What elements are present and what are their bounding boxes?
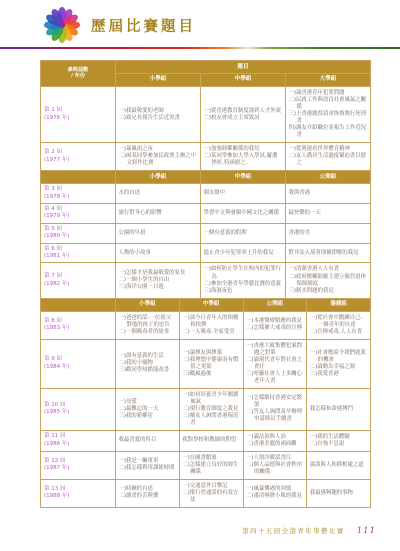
- corner-header: 參與屆數/ 年份: [41, 61, 116, 87]
- topic-item: 公園的早晨: [119, 230, 198, 237]
- edition-cell: 第 13 屆(1988 年): [41, 479, 116, 507]
- table-row: 第 6 屆(1981 年)人物的小故事遏止青少年犯罪率上升的我見對非法入境者即捕…: [41, 243, 371, 263]
- edition-year: (1982 年): [44, 281, 112, 288]
- corner-spacer: [41, 171, 116, 184]
- topic-item: 一)交通意外目擊記: [182, 483, 240, 490]
- topic-item: 四)謝友介紹職位並報告工作近況書: [289, 125, 368, 139]
- topics-header: 題目: [116, 61, 371, 74]
- topic-cell: 一)從奧運看世界體育精神二)友人僑居生活過度緊迫書以慰之: [286, 143, 371, 171]
- table-section-1: 參與屆數/ 年份題目小學組中學組大學組第 1 屆(1976 年)一)我最敬愛的老…: [40, 60, 371, 171]
- edition-year: (1988 年): [44, 493, 112, 500]
- topic-cell: 一)暴風雨之夜二)函某同學參加民政署主辦之中文寫作比賽: [116, 143, 201, 171]
- topic-item: 二)一人吸毒,全家受害: [182, 329, 240, 336]
- topic-item: 我最喜愛的科目: [119, 437, 177, 444]
- topics-table: 參與屆數/ 年份題目小學組中學組大學組第 1 屆(1976 年)一)我最敬愛的老…: [40, 60, 370, 508]
- topic-cell: 學習中文與發揚中國文化之關係: [201, 203, 286, 223]
- topic-item: 香港的美: [289, 230, 368, 237]
- topic-cell: 我怎樣和命運搏鬥: [307, 388, 371, 430]
- topic-item: 一)從社會中鍛鍊自己-一個青年的自述: [310, 315, 368, 329]
- topic-cell: 最快樂的一天: [286, 203, 371, 223]
- document-page: 歷屆比賽題目 參與屆數/ 年份題目小學組中學組大學組第 1 屆(1976 年)一…: [0, 0, 400, 551]
- topic-item: 三)上香港總督請求恢復執行死刑書: [289, 111, 368, 125]
- topic-item: 二)怎樣建立良好的師生關係: [182, 462, 240, 476]
- topic-item: 三)我愛香港: [310, 371, 368, 378]
- table-row: 第 5 屆(1980 年)公園的早晨一個有意義的假期香港的美: [41, 223, 371, 243]
- edition-cell: 第 4 屆(1979 年): [41, 203, 116, 223]
- edition-cell: 第 12 屆(1987 年): [41, 451, 116, 479]
- topic-item: 一)香港大廈集體犯案問題之對策: [246, 343, 304, 357]
- edition-cell: 第 2 屆(1977 年): [41, 143, 116, 171]
- table-row: 第 12 屆(1987 年)一)我是一輛電車二)我怎樣利用課餘時間一)在圖書館裏…: [41, 451, 371, 479]
- topic-cell: 一)談今日青年人的困擾和抉擇二)一人吸毒,全家受害: [179, 311, 243, 339]
- topic-item: 一)清潔香港人人有責: [289, 266, 368, 273]
- group-header: 小學組: [116, 171, 201, 184]
- page-header: 歷屆比賽題目: [42, 5, 196, 45]
- topic-item: 一)如何培養青少年閱讀風氣: [182, 392, 240, 406]
- topic-item: 二)一個小學生的自由: [119, 277, 198, 284]
- table-row: 第 11 屆(1986 年)我最喜愛的科目我對學校和教師的期望一)論法治與人治二…: [41, 430, 371, 451]
- edition-number: 第 2 屆: [44, 149, 112, 156]
- topic-item: 一)母愛: [119, 399, 177, 406]
- topic-item: 三)海濱夜色: [204, 288, 283, 295]
- topic-cell: 制水聲中: [201, 184, 286, 204]
- topic-cell: 一)如何培養青少年閱讀風氣二)現行教育制度之我見三)覆友人詢問香港現況書: [179, 388, 243, 430]
- topic-cell: 一個有意義的假期: [201, 223, 286, 243]
- topic-item: 二)我怎樣利用課餘時間: [119, 465, 177, 472]
- topic-cell: 一)社會應給予我們就業的機會二)論勤為幸福之源三)我愛香港: [307, 339, 371, 388]
- table-row: 第 10 屆(1985 年)一)母愛二)最難忘的一天三)我的新鄰居一)如何培養青…: [41, 388, 371, 430]
- topic-item: 三)覆友人詢問香港現況書: [182, 413, 240, 427]
- topic-item: 二)論勤為幸福之源: [310, 364, 368, 371]
- edition-number: 第 1 屆: [44, 107, 112, 114]
- edition-year: (1981 年): [44, 253, 112, 260]
- topic-item: 人物的小故事: [119, 250, 198, 257]
- topic-item: 二)某同學參加大學入學試,屢遭挫折,特函慰之。: [204, 153, 283, 167]
- topic-item: 一)社會應給予我們就業的機會: [310, 350, 368, 364]
- topic-item: 三)勸同學知錯能改書: [119, 367, 177, 374]
- group-header: 中學組: [201, 171, 286, 184]
- edition-year: (1987 年): [44, 465, 112, 472]
- topic-item: 一)爸爸的話-一位慈父對他的孩子的忠告: [119, 315, 177, 329]
- topic-item: 二)怎樣擴大戒毒的宣傳: [246, 325, 304, 332]
- group-header: 大學組: [286, 73, 371, 86]
- topic-item: 二)推行普通話的有效方法: [182, 490, 240, 504]
- edition-cell: 第 10 屆(1985 年): [41, 388, 116, 430]
- topic-cell: 對非法入境者即捕即解的我見: [286, 243, 371, 263]
- edition-year: (1984 年): [44, 364, 112, 371]
- topic-cell: 一)論法治與人治二)香港美麗的兩面觀: [243, 430, 307, 451]
- table-row: 第 7 屆(1982 年)一)怎樣才是我最敬愛的家長二)一個小學生的自由三)海洋…: [41, 263, 371, 298]
- topic-item: 二)一個吸毒者的故事: [119, 329, 177, 336]
- flower-logo-icon: [42, 5, 82, 45]
- topic-item: 二)民政工作與改良社會風氣之關係: [289, 97, 368, 111]
- edition-year: (1983 年): [44, 325, 112, 332]
- topic-item: 一)人情冷暖話香江: [246, 455, 304, 462]
- topic-item: 水的自述: [119, 190, 198, 197]
- topic-cell: 一)我的生活體驗二)自強不息說: [307, 430, 371, 451]
- topic-item: 二)肅清無牌小販的我見: [246, 493, 304, 500]
- edition-cell: 第 9 屆(1984 年): [41, 339, 116, 388]
- topic-cell: 我最感興趣的事物: [307, 479, 371, 507]
- topic-cell: 一)爸爸的話-一位慈父對他的孩子的忠告二)一個吸毒者的故事: [116, 311, 180, 339]
- topic-cell: 我與香港: [286, 184, 371, 204]
- topic-item: 二)政府應輔助僱主建立僱員退休保障制度: [289, 274, 368, 288]
- topic-item: 二)香港美麗的兩面觀: [246, 441, 304, 448]
- topic-item: 制水聲中: [204, 190, 283, 197]
- edition-cell: 第 3 屆(1978 年): [41, 184, 116, 204]
- topic-item: 二)校友會成立主席致詞: [204, 115, 283, 122]
- edition-year: (1977 年): [44, 157, 112, 164]
- edition-cell: 第 5 屆(1980 年): [41, 223, 116, 243]
- edition-number: 第 6 屆: [44, 246, 112, 253]
- group-header: 公開組: [243, 298, 307, 311]
- topic-item: 二)參加全港青年學藝比賽的意義: [204, 281, 283, 288]
- topic-cell: 一)風暴襲港的回憶二)肅清無牌小販的我見: [243, 479, 307, 507]
- topic-cell: 遏止青少年犯罪率上升的我見: [201, 243, 286, 263]
- topic-item: 一)怎樣維持香港安定繁榮: [246, 395, 304, 409]
- group-header: 公開組: [286, 171, 371, 184]
- topic-cell: 我最喜愛的科目: [116, 430, 180, 451]
- topic-item: 一)從香港教育制度談到人才外流: [204, 108, 283, 115]
- topic-cell: 一)清潔香港人人有責二)政府應輔助僱主建立僱員退休保障制度三)制水問題的我見: [286, 263, 371, 298]
- edition-year: (1980 年): [44, 233, 112, 240]
- topic-item: 一)我最敬愛的老師: [119, 108, 198, 115]
- topic-item: 二)我理想中健康而有價值之電影: [182, 357, 240, 371]
- topic-cell: 一)時鐘的自述二)讀書的苦與樂: [116, 479, 180, 507]
- topic-item: 三)呼籲社會人士多關心老年人書: [246, 371, 304, 385]
- edition-cell: 第 11 屆(1986 年): [41, 430, 116, 451]
- topic-item: 一)本港醫療服務的我見: [246, 318, 304, 325]
- edition-number: 第 9 屆: [44, 356, 112, 363]
- edition-cell: 第 1 屆(1976 年): [41, 86, 116, 142]
- rainbow-divider: [0, 47, 400, 49]
- edition-number: 第 7 屆: [44, 273, 112, 280]
- topic-item: 一)如何防止學生在校內的犯罪行為: [204, 266, 283, 280]
- topic-item: 一)論法治與人治: [246, 434, 304, 441]
- topic-cell: 一)交通意外目擊記二)推行普通話的有效方法: [179, 479, 243, 507]
- topic-item: 學習中文與發揚中國文化之關係: [204, 210, 283, 217]
- edition-number: 第 3 屆: [44, 186, 112, 193]
- topic-item: 旅行對身心的影響: [119, 210, 198, 217]
- topic-cell: 我對學校和教師的期望: [179, 430, 243, 451]
- topic-item: 二)最難忘的一天: [119, 406, 177, 413]
- table-row: 第 13 屆(1988 年)一)時鐘的自述二)讀書的苦與樂一)交通意外目擊記二)…: [41, 479, 371, 507]
- topic-item: 二)友人僑居生活過度緊迫書以慰之: [289, 153, 368, 167]
- footer-page-number: 111: [357, 526, 376, 536]
- group-header: 中學組: [179, 298, 243, 311]
- topic-item: 二)函某同學參加民政署主辦之中文寫作比賽: [119, 153, 198, 167]
- edition-year: (1985 年): [44, 409, 112, 416]
- topic-item: 一)在圖書館裏: [182, 455, 240, 462]
- edition-cell: 第 8 屆(1983 年): [41, 311, 116, 339]
- edition-cell: 第 6 屆(1981 年): [41, 243, 116, 263]
- table-row: 第 8 屆(1983 年)一)爸爸的話-一位慈父對他的孩子的忠告二)一個吸毒者的…: [41, 311, 371, 339]
- topic-cell: 旅行對身心的影響: [116, 203, 201, 223]
- edition-year: (1986 年): [44, 441, 112, 448]
- edition-cell: 第 7 屆(1982 年): [41, 263, 116, 298]
- topic-cell: 水的自述: [116, 184, 201, 204]
- topic-cell: 一)論擇友與擇業二)我理想中健康而有價值之電影三)颱風過後: [179, 339, 243, 388]
- page-title: 歷屆比賽題目: [91, 15, 196, 36]
- topic-cell: 一)香港大廈集體犯案問題之對策二)論現代青年對社會之責任三)呼籲社會人士多關心老…: [243, 339, 307, 388]
- topic-item: 三)颱風過後: [182, 371, 240, 378]
- topic-item: 二)論現代青年對社會之責任: [246, 357, 304, 371]
- topic-item: 二)答友人詢問及早辦理申請移民手續書: [246, 409, 304, 423]
- footer-competition-name: 第四十五屆全港青年學藝比賽: [242, 526, 345, 535]
- group-header: 小學組: [116, 298, 180, 311]
- topic-item: 三)我的新鄰居: [119, 413, 177, 420]
- topic-cell: 一)我最敬愛的老師二)致兄長報告生活近況書: [116, 86, 201, 142]
- topic-item: 一)怎樣才是我最敬愛的家長: [119, 270, 198, 277]
- topic-item: 二)宣傳戒毒,人人有責: [310, 329, 368, 336]
- topic-cell: 公園的早晨: [116, 223, 201, 243]
- topic-item: 一)談今日青年人的困擾和抉擇: [182, 315, 240, 329]
- group-header: 小學組: [116, 73, 201, 86]
- topic-item: 三)制水問題的我見: [289, 288, 368, 295]
- corner-header-line2: / 年份: [42, 73, 114, 80]
- table-row: 第 9 屆(1984 年)一)談有意義的生活二)我的小寵物三)勸同學知錯能改書一…: [41, 339, 371, 388]
- page-footer: 第四十五屆全港青年學藝比賽 111: [0, 526, 376, 536]
- topic-cell: 香港的美: [286, 223, 371, 243]
- topic-cell: 一)我是一輛電車二)我怎樣利用課餘時間: [116, 451, 180, 479]
- topic-cell: 一)人情冷暖話香江二)個人品德與社會秩序的關係: [243, 451, 307, 479]
- topic-item: 二)現行教育制度之我見: [182, 406, 240, 413]
- group-header: 中學組: [201, 73, 286, 86]
- topic-cell: 一)如何防止學生在校內的犯罪行為二)參加全港青年學藝比賽的意義三)海濱夜色: [201, 263, 286, 298]
- group-header: 傷健組: [307, 298, 371, 311]
- topic-item: 一)論擇友與擇業: [182, 350, 240, 357]
- topic-item: 二)自強不息說: [310, 441, 368, 448]
- edition-year: (1978 年): [44, 194, 112, 201]
- edition-year: (1976 年): [44, 115, 112, 122]
- topic-item: 對非法入境者即捕即解的我見: [289, 250, 368, 257]
- topic-item: 二)致兄長報告生活近況書: [119, 115, 198, 122]
- topic-cell: 一)從社會中鍛鍊自己-一個青年的自述二)宣傳戒毒,人人有責: [307, 311, 371, 339]
- topic-cell: 一)從香港教育制度談到人才外流二)校友會成立主席致詞: [201, 86, 286, 142]
- edition-number: 第 11 屆: [44, 433, 112, 440]
- table-row: 第 4 屆(1979 年)旅行對身心的影響學習中文與發揚中國文化之關係最快樂的一…: [41, 203, 371, 223]
- topic-cell: 談談與人和睦相處之道: [307, 451, 371, 479]
- topic-cell: 一)加強睦鄰關係的我見二)某同學參加大學入學試,屢遭挫折,特函慰之。: [201, 143, 286, 171]
- topic-item: 二)個人品德與社會秩序的關係: [246, 462, 304, 476]
- topic-item: 談談與人和睦相處之道: [310, 462, 368, 469]
- topic-item: 一)論香港青年犯罪問題: [289, 90, 368, 97]
- topic-item: 三)海洋公園一日遊: [119, 284, 198, 291]
- topic-cell: 人物的小故事: [116, 243, 201, 263]
- table-section-3: 小學組中學組公開組傷健組第 8 屆(1983 年)一)爸爸的話-一位慈父對他的孩…: [40, 298, 371, 508]
- table-section-2: 小學組中學組公開組第 3 屆(1978 年)水的自述制水聲中我與香港第 4 屆(…: [40, 170, 371, 298]
- topic-item: 遏止青少年犯罪率上升的我見: [204, 250, 283, 257]
- topic-item: 我與香港: [289, 190, 368, 197]
- topic-cell: 一)母愛二)最難忘的一天三)我的新鄰居: [116, 388, 180, 430]
- edition-number: 第 8 屆: [44, 318, 112, 325]
- topic-cell: 一)怎樣才是我最敬愛的家長二)一個小學生的自由三)海洋公園一日遊: [116, 263, 201, 298]
- topic-item: 最快樂的一天: [289, 210, 368, 217]
- topic-item: 我最感興趣的事物: [310, 490, 368, 497]
- topic-cell: 一)論香港青年犯罪問題二)民政工作與改良社會風氣之關係三)上香港總督請求恢復執行…: [286, 86, 371, 142]
- topic-item: 一)我的生活體驗: [310, 434, 368, 441]
- topic-item: 二)讀書的苦與樂: [119, 493, 177, 500]
- topic-item: 一個有意義的假期: [204, 230, 283, 237]
- topic-item: 我對學校和教師的期望: [182, 437, 240, 444]
- table-row: 第 2 屆(1977 年)一)暴風雨之夜二)函某同學參加民政署主辦之中文寫作比賽…: [41, 143, 371, 171]
- edition-year: (1979 年): [44, 213, 112, 220]
- topic-cell: 一)怎樣維持香港安定繁榮二)答友人詢問及早辦理申請移民手續書: [243, 388, 307, 430]
- table-row: 第 1 屆(1976 年)一)我最敬愛的老師二)致兄長報告生活近況書一)從香港教…: [41, 86, 371, 142]
- topic-cell: 一)在圖書館裏二)怎樣建立良好的師生關係: [179, 451, 243, 479]
- table-row: 第 3 屆(1978 年)水的自述制水聲中我與香港: [41, 184, 371, 204]
- topic-cell: 一)本港醫療服務的我見二)怎樣擴大戒毒的宣傳: [243, 311, 307, 339]
- topic-item: 我怎樣和命運搏鬥: [310, 406, 368, 413]
- topic-cell: 一)談有意義的生活二)我的小寵物三)勸同學知錯能改書: [116, 339, 180, 388]
- corner-spacer: [41, 298, 116, 311]
